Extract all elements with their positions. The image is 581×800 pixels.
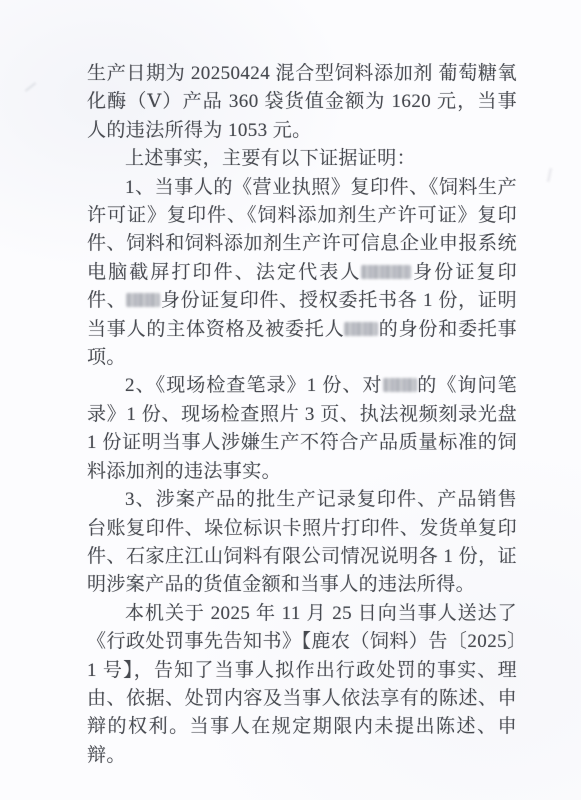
paragraph-evidence-item-3: 3、涉案产品的批生产记录复印件、产品销售台账复印件、垛位标识卡照片打印件、发货单…: [87, 486, 517, 600]
document-body: 生产日期为 20250424 混合型饲料添加剂 葡萄糖氧化酶（Ⅴ）产品 360 …: [87, 60, 517, 770]
paragraph-production-facts: 生产日期为 20250424 混合型饲料添加剂 葡萄糖氧化酶（Ⅴ）产品 360 …: [87, 60, 517, 145]
redacted-name-second-person: [126, 293, 160, 307]
redacted-name-legal-representative: [361, 265, 411, 279]
redacted-name-entrusted-person: [344, 322, 378, 336]
paragraph-evidence-item-1: 1、当事人的《营业执照》复印件、《饲料生产许可证》复印件、《饲料添加剂生产许可证…: [87, 174, 517, 373]
paragraph-evidence-intro: 上述事实，主要有以下证据证明：: [87, 145, 517, 173]
paragraph-evidence-item-2: 2、《现场检查笔录》1 份、对的《询问笔录》1 份、现场检查照片 3 页、执法视…: [87, 372, 517, 486]
text-segment: 2、《现场检查笔录》1 份、对: [125, 375, 383, 396]
redacted-name-interviewee: [383, 378, 417, 392]
scanned-document-page: 生产日期为 20250424 混合型饲料添加剂 葡萄糖氧化酶（Ⅴ）产品 360 …: [0, 0, 581, 800]
scan-artifact: [25, 82, 36, 92]
scan-artifact: [547, 168, 553, 182]
paragraph-prior-notice: 本机关于 2025 年 11 月 25 日向当事人送达了《行政处罚事先告知书》【…: [87, 600, 517, 770]
